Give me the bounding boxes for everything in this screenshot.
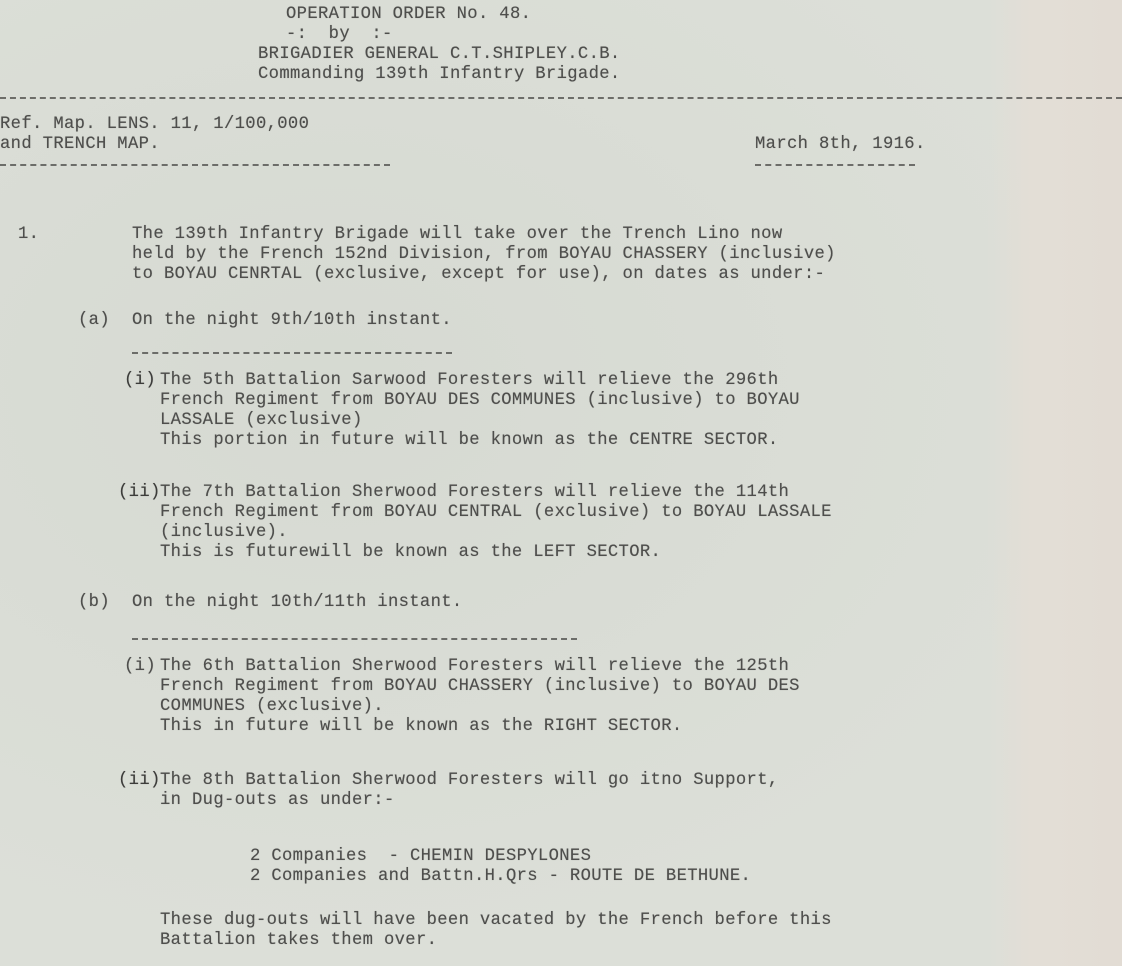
dugout-assignment: 2 Companies - CHEMIN DESPYLONES [250, 846, 591, 867]
item-line: French Regiment from BOYAU CHASSERY (inc… [160, 676, 800, 697]
header-divider [0, 97, 1122, 99]
item-line: This is futurewill be known as the LEFT … [160, 542, 661, 563]
subsection-heading: On the night 10th/11th instant. [132, 592, 463, 613]
item-label: (i) [124, 656, 156, 677]
item-line: (inclusive). [160, 522, 288, 543]
subsection-underline [132, 638, 577, 640]
date-underline [755, 164, 915, 166]
by-line: -: by :- [286, 24, 393, 45]
document-title: OPERATION ORDER No. 48. [286, 4, 531, 25]
subsection-underline [132, 352, 452, 354]
map-reference-line-2: and TRENCH MAP. [0, 134, 160, 155]
dugout-note: Battalion takes them over. [160, 930, 437, 951]
item-label: (ii) [118, 482, 161, 503]
item-line: This in future will be known as the RIGH… [160, 716, 683, 737]
paragraph-line: held by the French 152nd Division, from … [132, 244, 836, 265]
operation-order-page: OPERATION ORDER No. 48. -: by :- BRIGADI… [0, 0, 1122, 966]
item-line: The 7th Battalion Sherwood Foresters wil… [160, 482, 789, 503]
item-line: The 5th Battalion Sarwood Foresters will… [160, 370, 779, 391]
item-line: This portion in future will be known as … [160, 430, 779, 451]
paragraph-number: 1. [18, 224, 39, 245]
dugout-assignment: 2 Companies and Battn.H.Qrs - ROUTE DE B… [250, 866, 751, 887]
item-line: French Regiment from BOYAU CENTRAL (excl… [160, 502, 832, 523]
paragraph-line: to BOYAU CENRTAL (exclusive, except for … [132, 264, 825, 285]
subsection-heading: On the night 9th/10th instant. [132, 310, 452, 331]
item-line: The 6th Battalion Sherwood Foresters wil… [160, 656, 789, 677]
item-label: (i) [124, 370, 156, 391]
item-line: LASSALE (exclusive) [160, 410, 363, 431]
reference-underline [0, 164, 390, 166]
command-line: Commanding 139th Infantry Brigade. [258, 64, 621, 85]
subsection-label: (b) [78, 592, 110, 613]
dugout-note: These dug-outs will have been vacated by… [160, 910, 832, 931]
item-line: in Dug-outs as under:- [160, 790, 395, 811]
item-label: (ii) [118, 770, 161, 791]
subsection-label: (a) [78, 310, 110, 331]
paragraph-line: The 139th Infantry Brigade will take ove… [132, 224, 783, 245]
item-line: The 8th Battalion Sherwood Foresters wil… [160, 770, 779, 791]
document-date: March 8th, 1916. [755, 134, 926, 155]
item-line: COMMUNES (exclusive). [160, 696, 384, 717]
map-reference-line-1: Ref. Map. LENS. 11, 1/100,000 [0, 114, 309, 135]
author-line: BRIGADIER GENERAL C.T.SHIPLEY.C.B. [258, 44, 621, 65]
item-line: French Regiment from BOYAU DES COMMUNES … [160, 390, 800, 411]
